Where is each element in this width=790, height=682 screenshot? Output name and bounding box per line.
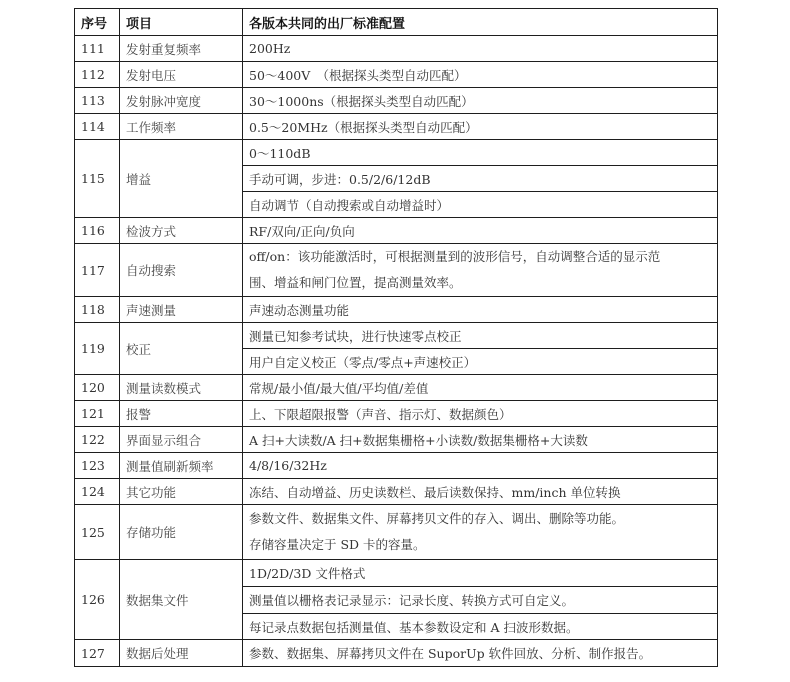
- row-no: 119: [75, 323, 120, 375]
- row-value: off/on：该功能激活时，可根据测量到的波形信号，自动调整合适的显示范 围、增…: [243, 244, 718, 297]
- row-item: 数据后处理: [120, 640, 243, 667]
- row-value: 1D/2D/3D 文件格式: [243, 560, 718, 587]
- row-item: 校正: [120, 323, 243, 375]
- row-value: 自动调节（自动搜索或自动增益时）: [243, 192, 718, 218]
- row-value: RF/双向/正向/负向: [243, 218, 718, 244]
- row-item: 工作频率: [120, 114, 243, 140]
- row-no: 115: [75, 140, 120, 218]
- row-no: 111: [75, 36, 120, 62]
- row-no: 112: [75, 62, 120, 88]
- row-value: A 扫+大读数/A 扫+数据集栅格+小读数/数据集栅格+大读数: [243, 427, 718, 453]
- row-value: 声速动态测量功能: [243, 297, 718, 323]
- table-row: 119 校正 测量已知参考试块，进行快速零点校正: [75, 323, 718, 349]
- row-value: 常规/最小值/最大值/平均值/差值: [243, 375, 718, 401]
- row-value: 测量已知参考试块，进行快速零点校正: [243, 323, 718, 349]
- table-row: 114 工作频率 0.5～20MHz（根据探头类型自动匹配）: [75, 114, 718, 140]
- row-value-line: 围、增益和闸门位置，提高测量效率。: [249, 270, 711, 296]
- header-no: 序号: [75, 9, 120, 36]
- row-no: 120: [75, 375, 120, 401]
- row-no: 118: [75, 297, 120, 323]
- header-row: 序号 项目 各版本共同的出厂标准配置: [75, 9, 718, 36]
- row-value: 测量值以栅格表记录显示：记录长度、转换方式可自定义。: [243, 587, 718, 614]
- row-no: 117: [75, 244, 120, 297]
- table-row: 116 检波方式 RF/双向/正向/负向: [75, 218, 718, 244]
- row-value: 200Hz: [243, 36, 718, 62]
- table-row: 118 声速测量 声速动态测量功能: [75, 297, 718, 323]
- row-item: 发射电压: [120, 62, 243, 88]
- table-row: 124 其它功能 冻结、自动增益、历史读数栏、最后读数保持、mm/inch 单位…: [75, 479, 718, 505]
- row-no: 123: [75, 453, 120, 479]
- table-row: 111 发射重复频率 200Hz: [75, 36, 718, 62]
- row-no: 124: [75, 479, 120, 505]
- row-no: 114: [75, 114, 120, 140]
- row-value: 上、下限超限报警（声音、指示灯、数据颜色）: [243, 401, 718, 427]
- row-no: 113: [75, 88, 120, 114]
- table-row: 126 数据集文件 1D/2D/3D 文件格式: [75, 560, 718, 587]
- row-value: 参数文件、数据集文件、屏幕拷贝文件的存入、调出、删除等功能。 存储容量决定于 S…: [243, 505, 718, 560]
- row-item: 检波方式: [120, 218, 243, 244]
- row-value: 参数、数据集、屏幕拷贝文件在 SuporUp 软件回放、分析、制作报告。: [243, 640, 718, 667]
- header-value: 各版本共同的出厂标准配置: [243, 9, 718, 36]
- row-item: 发射脉冲宽度: [120, 88, 243, 114]
- row-item: 自动搜索: [120, 244, 243, 297]
- row-no: 122: [75, 427, 120, 453]
- table-row: 117 自动搜索 off/on：该功能激活时，可根据测量到的波形信号，自动调整合…: [75, 244, 718, 297]
- header-item: 项目: [120, 9, 243, 36]
- row-item: 数据集文件: [120, 560, 243, 640]
- row-value: 30～1000ns（根据探头类型自动匹配）: [243, 88, 718, 114]
- table-row: 125 存储功能 参数文件、数据集文件、屏幕拷贝文件的存入、调出、删除等功能。 …: [75, 505, 718, 560]
- row-value: 0.5～20MHz（根据探头类型自动匹配）: [243, 114, 718, 140]
- row-item: 声速测量: [120, 297, 243, 323]
- row-no: 125: [75, 505, 120, 560]
- table-row: 120 测量读数模式 常规/最小值/最大值/平均值/差值: [75, 375, 718, 401]
- row-value-line: 参数文件、数据集文件、屏幕拷贝文件的存入、调出、删除等功能。: [249, 506, 711, 532]
- row-value: 50～400V （根据探头类型自动匹配）: [243, 62, 718, 88]
- row-item: 存储功能: [120, 505, 243, 560]
- row-value: 用户自定义校正（零点/零点+声速校正）: [243, 349, 718, 375]
- row-no: 127: [75, 640, 120, 667]
- table-row: 112 发射电压 50～400V （根据探头类型自动匹配）: [75, 62, 718, 88]
- table-row: 122 界面显示组合 A 扫+大读数/A 扫+数据集栅格+小读数/数据集栅格+大…: [75, 427, 718, 453]
- table-row: 121 报警 上、下限超限报警（声音、指示灯、数据颜色）: [75, 401, 718, 427]
- table-row: 123 测量值刷新频率 4/8/16/32Hz: [75, 453, 718, 479]
- row-value: 4/8/16/32Hz: [243, 453, 718, 479]
- row-item: 增益: [120, 140, 243, 218]
- row-no: 116: [75, 218, 120, 244]
- row-item: 测量值刷新频率: [120, 453, 243, 479]
- row-value-line: 存储容量决定于 SD 卡的容量。: [249, 532, 711, 558]
- row-value: 手动可调，步进：0.5/2/6/12dB: [243, 166, 718, 192]
- table-row: 113 发射脉冲宽度 30～1000ns（根据探头类型自动匹配）: [75, 88, 718, 114]
- row-item: 界面显示组合: [120, 427, 243, 453]
- table-row: 115 增益 0～110dB: [75, 140, 718, 166]
- row-value: 0～110dB: [243, 140, 718, 166]
- table-row: 127 数据后处理 参数、数据集、屏幕拷贝文件在 SuporUp 软件回放、分析…: [75, 640, 718, 667]
- row-item: 其它功能: [120, 479, 243, 505]
- row-no: 126: [75, 560, 120, 640]
- spec-table: 序号 项目 各版本共同的出厂标准配置 111 发射重复频率 200Hz 112 …: [74, 8, 718, 667]
- row-value-line: off/on：该功能激活时，可根据测量到的波形信号，自动调整合适的显示范: [249, 244, 711, 270]
- row-value: 每记录点数据包括测量值、基本参数设定和 A 扫波形数据。: [243, 614, 718, 640]
- row-item: 发射重复频率: [120, 36, 243, 62]
- row-value: 冻结、自动增益、历史读数栏、最后读数保持、mm/inch 单位转换: [243, 479, 718, 505]
- row-no: 121: [75, 401, 120, 427]
- row-item: 报警: [120, 401, 243, 427]
- row-item: 测量读数模式: [120, 375, 243, 401]
